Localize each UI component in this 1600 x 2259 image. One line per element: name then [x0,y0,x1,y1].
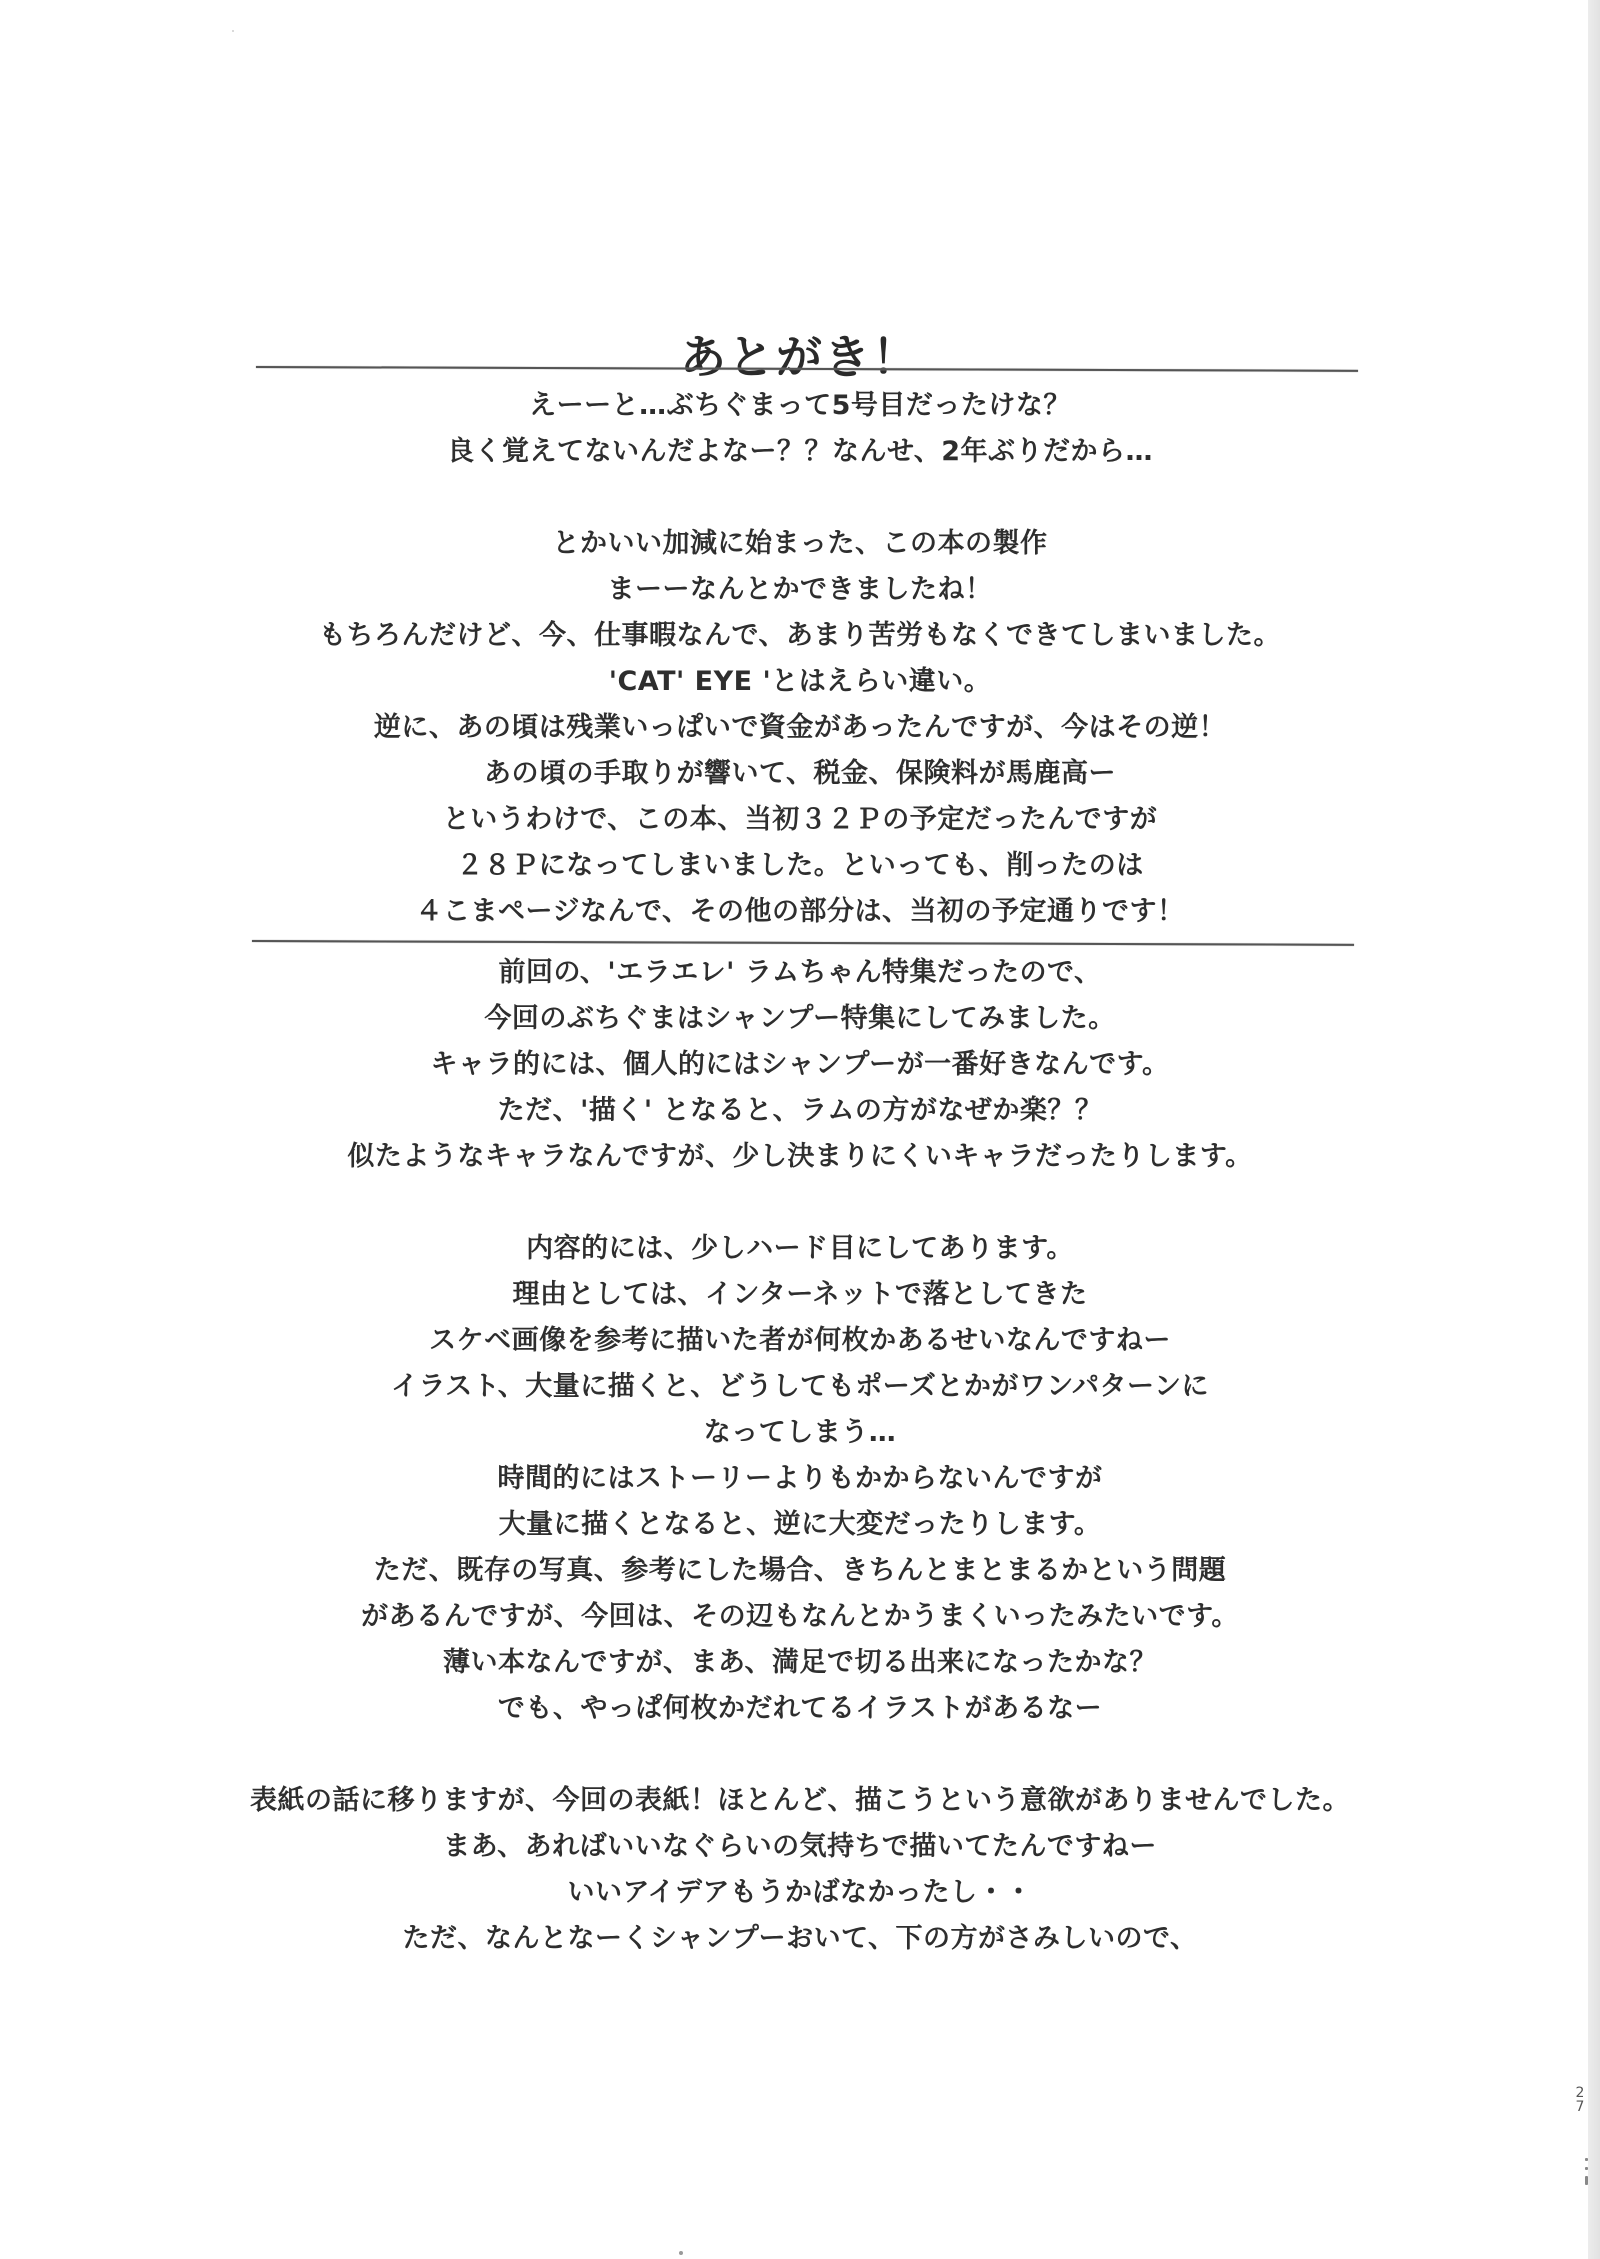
text-line: 薄い本なんですが、まあ、満足で切る出来になったかな？ [0,1640,1600,1686]
text-line: まーーなんとかできましたね！ [0,567,1600,613]
scan-speck [679,2251,683,2255]
afterword-section-1: えーーと…ぶちぐまって5号目だったけな？ 良く覚えてないんだよなー？？なんせ、2… [0,383,1600,935]
text-line: というわけで、この本、当初３２Ｐの予定だったんですが [0,797,1600,843]
page-edge-shadow [1588,0,1600,2259]
scan-speck [232,30,234,32]
blank-line [0,1732,1600,1778]
text-line: ただ、なんとなーくシャンプーおいて、下の方がさみしいので、 [0,1916,1600,1962]
page-number: 27 [1573,2086,1587,2114]
text-line: いいアイデアもうかばなかったし・・ [0,1870,1600,1916]
text-line: があるんですが、今回は、その辺もなんとかうまくいったみたいです。 [0,1594,1600,1640]
blank-line [0,1180,1600,1226]
text-line: 内容的には、少しハード目にしてあります。 [0,1226,1600,1272]
text-line: あの頃の手取りが響いて、税金、保険料が馬鹿高ー [0,751,1600,797]
afterword-section-2: 前回の、'エラエレ' ラムちゃん特集だったので、 今回のぶちぐまはシャンプー特集… [0,950,1600,1962]
text-line: イラスト、大量に描くと、どうしてもポーズとかがワンパターンに [0,1364,1600,1410]
text-line: キャラ的には、個人的にはシャンプーが一番好きなんです。 [0,1042,1600,1088]
text-line: 前回の、'エラエレ' ラムちゃん特集だったので、 [0,950,1600,996]
text-line: なってしまう… [0,1410,1600,1456]
text-line: 理由としては、インターネットで落としてきた [0,1272,1600,1318]
text-line: 時間的にはストーリーよりもかからないんですが [0,1456,1600,1502]
scanned-page: あとがき！ えーーと…ぶちぐまって5号目だったけな？ 良く覚えてないんだよなー？… [0,0,1600,2259]
text-line: ４こまページなんで、その他の部分は、当初の予定通りです！ [0,889,1600,935]
text-line: 大量に描くとなると、逆に大変だったりします。 [0,1502,1600,1548]
text-line: 'CAT' EYE 'とはえらい違い。 [0,659,1600,705]
text-line: スケベ画像を参考に描いた者が何枚かあるせいなんですねー [0,1318,1600,1364]
text-line: とかいい加減に始まった、この本の製作 [0,521,1600,567]
horizontal-divider-middle [252,940,1354,946]
text-line: もちろんだけど、今、仕事暇なんで、あまり苦労もなくできてしまいました。 [0,613,1600,659]
text-line: 今回のぶちぐまはシャンプー特集にしてみました。 [0,996,1600,1042]
text-line: 表紙の話に移りますが、今回の表紙！ほとんど、描こうという意欲がありませんでした。 [0,1778,1600,1824]
text-line: ２８Ｐになってしまいました。といっても、削ったのは [0,843,1600,889]
blank-line [0,475,1600,521]
text-line: まあ、あればいいなぐらいの気持ちで描いてたんですねー [0,1824,1600,1870]
page-title: あとがき！ [0,327,1600,387]
text-line: 逆に、あの頃は残業いっぱいで資金があったんですが、今はその逆！ [0,705,1600,751]
text-line: でも、やっぱ何枚かだれてるイラストがあるなー [0,1686,1600,1732]
text-line: ただ、'描く' となると、ラムの方がなぜか楽？？ [0,1088,1600,1134]
text-line: 良く覚えてないんだよなー？？なんせ、2年ぶりだから… [0,429,1600,475]
text-line: 似たようなキャラなんですが、少し決まりにくいキャラだったりします。 [0,1134,1600,1180]
text-line: えーーと…ぶちぐまって5号目だったけな？ [0,383,1600,429]
text-line: ただ、既存の写真、参考にした場合、きちんとまとまるかという問題 [0,1548,1600,1594]
